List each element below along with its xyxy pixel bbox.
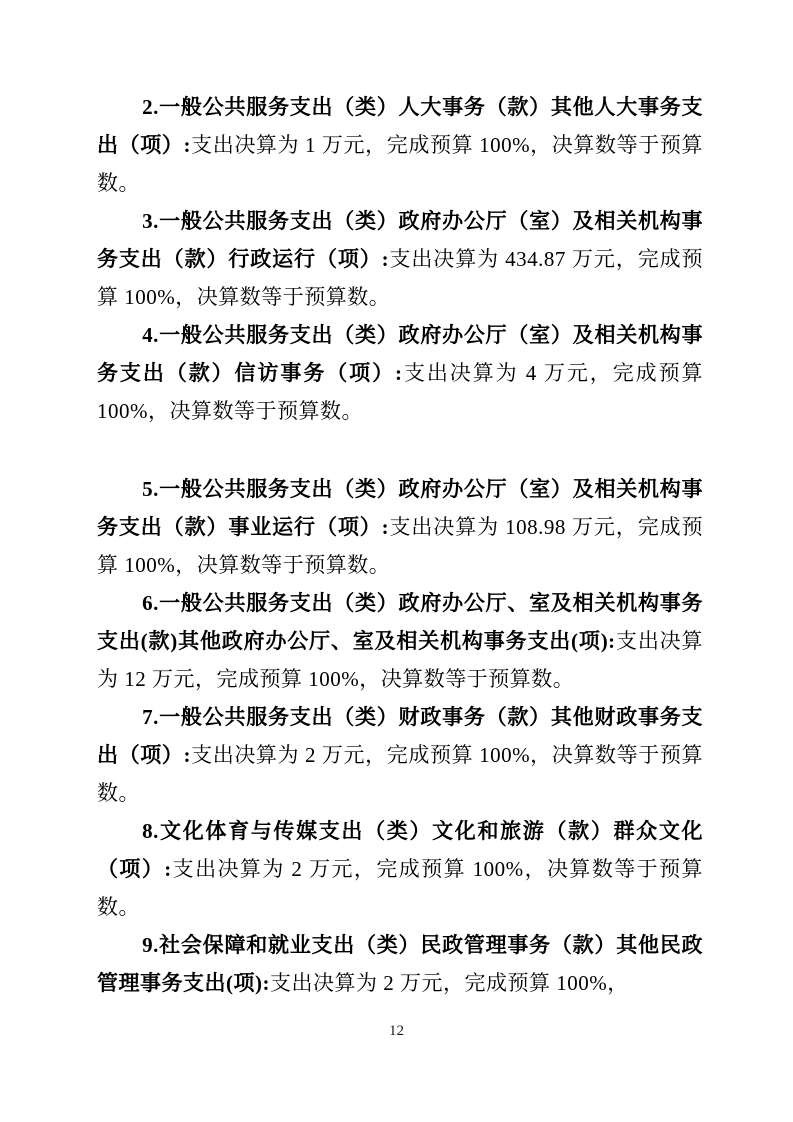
document-body: 2.一般公共服务支出（类）人大事务（款）其他人大事务支出（项）:支出决算为 1 … (97, 88, 703, 1002)
paragraph-item-9: 9.社会保障和就业支出（类）民政管理事务（款）其他民政管理事务支出(项):支出决… (97, 926, 703, 1002)
paragraph-text: 支出决算为 2 万元，完成预算 100%， (270, 971, 629, 995)
paragraph-item-2: 2.一般公共服务支出（类）人大事务（款）其他人大事务支出（项）:支出决算为 1 … (97, 88, 703, 202)
paragraph-heading: 6.一般公共服务支出（类）政府办公厅、室及相关机构事务支出(款)其他政府办公厅、… (97, 591, 703, 653)
document-page: 2.一般公共服务支出（类）人大事务（款）其他人大事务支出（项）:支出决算为 1 … (0, 0, 793, 1122)
paragraph-item-5: 5.一般公共服务支出（类）政府办公厅（室）及相关机构事务支出（款）事业运行（项）… (97, 470, 703, 584)
paragraph-item-3: 3.一般公共服务支出（类）政府办公厅（室）及相关机构事务支出（款）行政运行（项）… (97, 202, 703, 316)
paragraph-item-6: 6.一般公共服务支出（类）政府办公厅、室及相关机构事务支出(款)其他政府办公厅、… (97, 584, 703, 698)
paragraph-text: 支出决算为 2 万元，完成预算 100%，决算数等于预算数。 (97, 857, 703, 919)
paragraph-item-4: 4.一般公共服务支出（类）政府办公厅（室）及相关机构事务支出（款）信访事务（项）… (97, 316, 703, 430)
paragraph-item-8: 8.文化体育与传媒支出（类）文化和旅游（款）群众文化（项）:支出决算为 2 万元… (97, 812, 703, 926)
paragraph-item-7: 7.一般公共服务支出（类）财政事务（款）其他财政事务支出（项）:支出决算为 2 … (97, 698, 703, 812)
page-number: 12 (0, 1020, 793, 1042)
